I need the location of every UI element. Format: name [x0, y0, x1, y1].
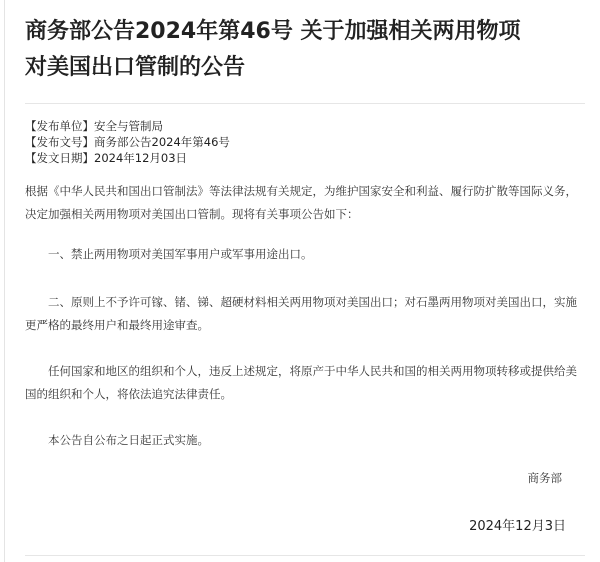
meta-label: 【发文日期】	[25, 151, 94, 165]
meta-value: 2024年12月03日	[94, 151, 187, 165]
meta-document-number: 【发布文号】商务部公告2024年第46号	[25, 134, 230, 150]
signature-issuer: 商务部	[528, 470, 563, 486]
meta-label: 【发布单位】	[25, 119, 94, 133]
paragraph-liability: 任何国家和地区的组织和个人，违反上述规定，将原产于中华人民共和国的相关两用物项转…	[25, 360, 581, 406]
title-line-1: 商务部公告2024年第46号 关于加强相关两用物项	[25, 14, 585, 50]
title-divider	[25, 103, 585, 104]
signature-date: 2024年12月3日	[469, 515, 566, 534]
paragraph-preamble: 根据《中华人民共和国出口管制法》等法律法规有关规定，为维护国家安全和利益、履行防…	[25, 180, 581, 226]
meta-value: 安全与管制局	[94, 119, 163, 133]
bottom-divider	[25, 555, 585, 556]
meta-value: 商务部公告2024年第46号	[94, 135, 230, 149]
paragraph-item-2: 二、原则上不予许可镓、锗、锑、超硬材料相关两用物项对美国出口；对石墨两用物项对美…	[25, 291, 581, 337]
meta-label: 【发布文号】	[25, 135, 94, 149]
paragraph-effective: 本公告自公布之日起正式实施。	[25, 429, 581, 452]
title-line-2: 对美国出口管制的公告	[25, 50, 585, 86]
page-title: 商务部公告2024年第46号 关于加强相关两用物项 对美国出口管制的公告	[25, 14, 585, 86]
paragraph-item-1: 一、禁止两用物项对美国军事用户或军事用途出口。	[25, 243, 581, 266]
meta-info: 【发布单位】安全与管制局 【发布文号】商务部公告2024年第46号 【发文日期】…	[25, 118, 230, 166]
announcement-page: 商务部公告2024年第46号 关于加强相关两用物项 对美国出口管制的公告 【发布…	[0, 0, 600, 562]
meta-issue-date: 【发文日期】2024年12月03日	[25, 150, 230, 166]
meta-issuing-unit: 【发布单位】安全与管制局	[25, 118, 230, 134]
